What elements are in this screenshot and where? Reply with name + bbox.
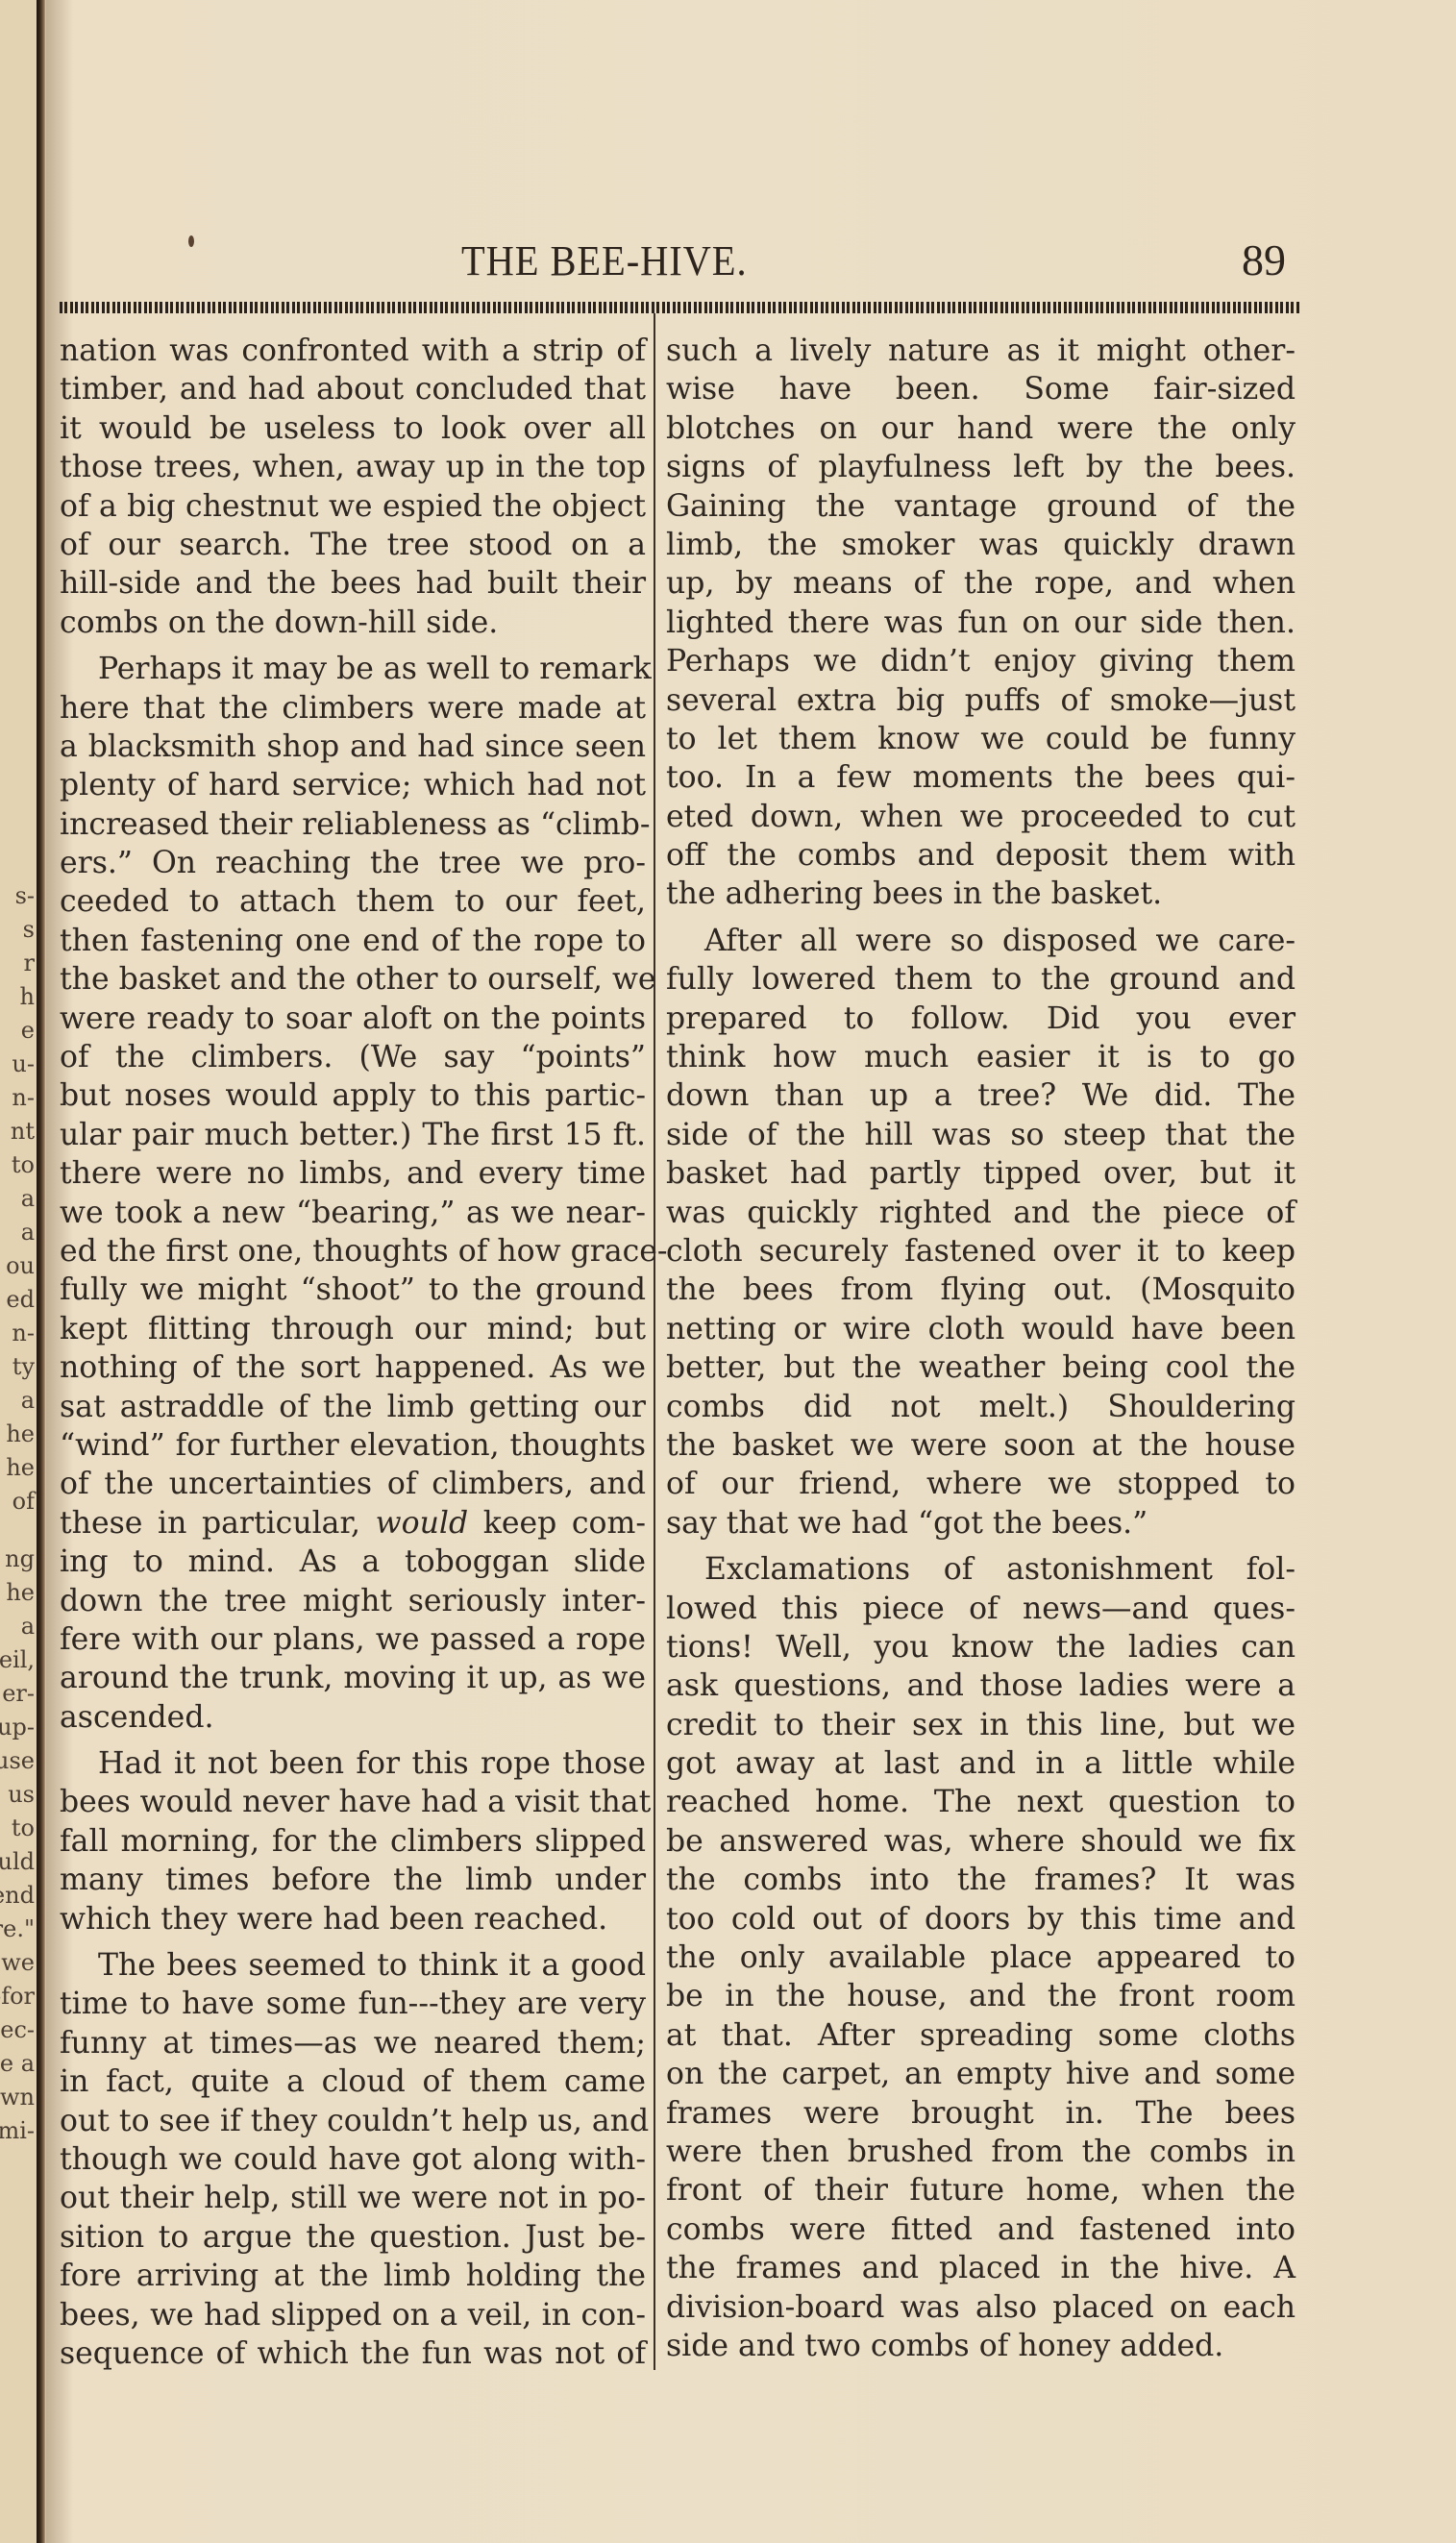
text-line: to let them know we could be funny xyxy=(666,720,1296,758)
text-line: eted down, when we proceeded to cut xyxy=(666,798,1296,836)
facing-page-fragment: use xyxy=(0,1749,35,1772)
text-line: After all were so disposed we care- xyxy=(666,922,1296,960)
text-line: be in the house, and the front room xyxy=(666,1977,1296,2015)
text-line: front of their future home, when the xyxy=(666,2171,1296,2210)
text-line: of our friend, where we stopped to xyxy=(666,1465,1296,1503)
paragraph: Had it not been for this rope thosebees … xyxy=(60,1744,646,1938)
text-line: prepared to follow. Did you ever xyxy=(666,1000,1296,1038)
text-line: nation was confronted with a strip of xyxy=(60,332,646,370)
text-line: the basket and the other to ourself, we xyxy=(60,960,646,999)
text-line: the bees from flying out. (Mosquito xyxy=(666,1271,1296,1309)
text-line: funny at times—as we neared them; xyxy=(60,2024,646,2062)
facing-page-fragment: h xyxy=(20,985,35,1008)
text-line: off the combs and deposit them with xyxy=(666,836,1296,875)
text-line: around the trunk, moving it up, as we xyxy=(60,1659,646,1697)
text-line: ed the first one, thoughts of how grace- xyxy=(60,1232,646,1271)
text-line: we took a new “bearing,” as we near- xyxy=(60,1194,646,1232)
text-line: was quickly righted and the piece of xyxy=(666,1194,1296,1232)
text-line: say that we had “got the bees.” xyxy=(666,1504,1296,1543)
text-line: too cold out of doors by this time and xyxy=(666,1900,1296,1938)
text-line: out their help, still we were not in po- xyxy=(60,2179,646,2217)
text-line: too. In a few moments the bees qui- xyxy=(666,758,1296,797)
book-gutter xyxy=(37,0,46,2543)
text-line: side of the hill was so steep that the xyxy=(666,1116,1296,1154)
facing-page-fragment: he xyxy=(6,1456,35,1479)
text-line: such a lively nature as it might other- xyxy=(666,332,1296,370)
facing-page-fragment: of xyxy=(12,1490,35,1513)
facing-page-fragment: n- xyxy=(12,1086,35,1109)
text-line: down than up a tree? We did. The xyxy=(666,1076,1296,1115)
page-number: 89 xyxy=(1242,235,1286,285)
text-line: the combs into the frames? It was xyxy=(666,1861,1296,1899)
facing-page-edge: s-srheu-n-nttoaaouedn-tyaheheofngheaeil,… xyxy=(0,0,38,2543)
text-line: netting or wire cloth would have been xyxy=(666,1310,1296,1348)
facing-page-fragment: u- xyxy=(12,1052,35,1075)
text-line: of our search. The tree stood on a xyxy=(60,526,646,564)
facing-page-fragment: he xyxy=(6,1422,35,1445)
text-line: the adhering bees in the basket. xyxy=(666,875,1296,913)
facing-page-fragment: n- xyxy=(12,1321,35,1345)
paragraph: The bees seemed to think it a goodtime t… xyxy=(60,1946,646,2373)
text-line: Exclamations of astonishment fol- xyxy=(666,1550,1296,1589)
text-line: “wind” for further elevation, thoughts xyxy=(60,1426,646,1465)
text-line: out to see if they couldn’t help us, and xyxy=(60,2102,646,2140)
text-line: these in particular, would keep com- xyxy=(60,1504,646,1543)
facing-page-fragment: own xyxy=(0,2086,35,2109)
facing-page-fragment: er- xyxy=(2,1682,35,1705)
text-line: bees would never have had a visit that xyxy=(60,1783,646,1821)
text-line: lowed this piece of news—and ques- xyxy=(666,1590,1296,1628)
facing-page-fragment: ou xyxy=(6,1254,35,1277)
text-line: fully we might “shoot” to the ground xyxy=(60,1271,646,1309)
paragraph: Exclamations of astonishment fol-lowed t… xyxy=(666,1550,1296,2365)
text-line: then fastening one end of the rope to xyxy=(60,922,646,960)
text-line: on the carpet, an empty hive and some xyxy=(666,2055,1296,2093)
paragraph-gap xyxy=(60,642,646,650)
text-line: a blacksmith shop and had since seen xyxy=(60,728,646,766)
text-line: tions! Well, you know the ladies can xyxy=(666,1628,1296,1667)
text-line: bees, we had slipped on a veil, in con- xyxy=(60,2296,646,2334)
text-line: increased their reliableness as “climb- xyxy=(60,805,646,844)
text-line: which they were had been reached. xyxy=(60,1900,646,1938)
text-line: combs did not melt.) Shouldering xyxy=(666,1388,1296,1426)
text-line: nothing of the sort happened. As we xyxy=(60,1348,646,1387)
facing-page-fragment: us xyxy=(8,1783,35,1806)
text-line: Had it not been for this rope those xyxy=(60,1744,646,1783)
text-line: blotches on our hand were the only xyxy=(666,409,1296,448)
paragraph-gap xyxy=(60,1938,646,1946)
text-line: the frames and placed in the hive. A xyxy=(666,2249,1296,2287)
text-line: think how much easier it is to go xyxy=(666,1038,1296,1076)
text-line: ceeded to attach them to our feet, xyxy=(60,882,646,921)
facing-page-fragment: eil, xyxy=(0,1648,35,1671)
text-line: frames were brought in. The bees xyxy=(666,2094,1296,2133)
text-line: the only available place appeared to xyxy=(666,1938,1296,1977)
facing-page-fragment: end xyxy=(0,1884,35,1907)
text-line: ing to mind. As a toboggan slide xyxy=(60,1543,646,1581)
text-line: of the uncertainties of climbers, and xyxy=(60,1465,646,1503)
text-line: kept flitting through our mind; but xyxy=(60,1310,646,1348)
text-line: were ready to soar aloft on the points xyxy=(60,1000,646,1038)
right-column: such a lively nature as it might other-w… xyxy=(666,332,1296,2365)
facing-page-fragment: a xyxy=(21,1187,35,1210)
facing-page-fragment: he xyxy=(6,1581,35,1604)
facing-page-fragment: re." xyxy=(0,1917,35,1940)
text-line: though we could have got along with- xyxy=(60,2140,646,2179)
facing-page-fragment: e xyxy=(21,1019,35,1042)
text-line: those trees, when, away up in the top xyxy=(60,448,646,486)
facing-page-fragment: to xyxy=(12,1153,35,1176)
paragraph: After all were so disposed we care-fully… xyxy=(666,922,1296,1543)
emphasis: would xyxy=(376,1506,468,1541)
text-line: better, but the weather being cool the xyxy=(666,1348,1296,1387)
text-line: it would be useless to look over all xyxy=(60,409,646,448)
facing-page-fragment: rmi- xyxy=(0,2119,35,2142)
paragraph: nation was confronted with a strip oftim… xyxy=(60,332,646,642)
text-line: Gaining the vantage ground of the xyxy=(666,487,1296,526)
text-line: in fact, quite a cloud of them came xyxy=(60,2062,646,2101)
text-line: be answered was, where should we fix xyxy=(666,1822,1296,1861)
column-divider xyxy=(654,313,655,2370)
text-line: The bees seemed to think it a good xyxy=(60,1946,646,1985)
book-page: s-srheu-n-nttoaaouedn-tyaheheofngheaeil,… xyxy=(0,0,1456,2543)
text-line: but noses would apply to this partic- xyxy=(60,1076,646,1115)
text-line: sequence of which the fun was not of xyxy=(60,2334,646,2373)
text-line: got away at last and in a little while xyxy=(666,1744,1296,1783)
facing-page-fragment: s xyxy=(23,918,35,941)
facing-page-fragment: a xyxy=(21,1221,35,1244)
facing-page-fragment: a xyxy=(21,1389,35,1412)
text-line: plenty of hard service; which had not xyxy=(60,766,646,804)
facing-page-fragment: uld xyxy=(0,1850,35,1873)
text-line: sat astraddle of the limb getting our xyxy=(60,1388,646,1426)
text-line: fall morning, for the climbers slipped xyxy=(60,1822,646,1861)
text-line: down the tree might seriously inter- xyxy=(60,1582,646,1620)
text-line: were then brushed from the combs in xyxy=(666,2133,1296,2171)
text-line: several extra big puffs of smoke—just xyxy=(666,681,1296,720)
text-line: fully lowered them to the ground and xyxy=(666,960,1296,999)
text-line: here that the climbers were made at xyxy=(60,689,646,728)
paragraph-gap xyxy=(666,914,1296,922)
text-line: ular pair much better.) The first 15 ft. xyxy=(60,1116,646,1154)
facing-page-fragment: to xyxy=(12,1816,35,1839)
facing-page-fragment: we xyxy=(1,1951,35,1974)
text-line: timber, and had about concluded that xyxy=(60,370,646,408)
facing-page-fragment: nt xyxy=(11,1120,35,1143)
text-line: time to have some fun---they are very xyxy=(60,1985,646,2023)
text-line: up, by means of the rope, and when xyxy=(666,564,1296,603)
text-line: sition to argue the question. Just be- xyxy=(60,2218,646,2257)
text-line: Perhaps it may be as well to remark xyxy=(60,650,646,688)
running-header: THE BEE-HIVE. 89 xyxy=(0,231,1456,288)
text-line: cloth securely fastened over it to keep xyxy=(666,1232,1296,1271)
text-line: there were no limbs, and every time xyxy=(60,1154,646,1193)
text-line: fore arriving at the limb holding the xyxy=(60,2257,646,2295)
facing-page-fragment: s- xyxy=(15,884,35,907)
facing-page-fragment: pec- xyxy=(0,2018,35,2041)
facing-page-fragment: r xyxy=(24,951,35,975)
decorative-rule xyxy=(60,302,1301,313)
text-line: combs on the down-hill side. xyxy=(60,604,646,642)
text-line: at that. After spreading some cloths xyxy=(666,2016,1296,2055)
text-line: basket had partly tipped over, but it xyxy=(666,1154,1296,1193)
paragraph: such a lively nature as it might other-w… xyxy=(666,332,1296,914)
text-line: of the climbers. (We say “points” xyxy=(60,1038,646,1076)
facing-page-fragment: e a xyxy=(0,2052,35,2075)
facing-page-fragment: ty xyxy=(12,1355,35,1378)
text-line: ers.” On reaching the tree we pro- xyxy=(60,844,646,882)
facing-page-fragment: ng xyxy=(5,1547,35,1570)
text-line: division-board was also placed on each xyxy=(666,2288,1296,2327)
paragraph-gap xyxy=(60,1737,646,1744)
text-line: the basket we were soon at the house xyxy=(666,1426,1296,1465)
text-line: wise have been. Some fair-sized xyxy=(666,370,1296,408)
text-line: ask questions, and those ladies were a xyxy=(666,1667,1296,1705)
text-line: hill-side and the bees had built their xyxy=(60,564,646,603)
facing-page-fragment: -for xyxy=(0,1985,35,2008)
text-line: credit to their sex in this line, but we xyxy=(666,1706,1296,1744)
text-line: reached home. The next question to xyxy=(666,1783,1296,1821)
text-line: lighted there was fun on our side then. xyxy=(666,604,1296,642)
text-line: ascended. xyxy=(60,1698,646,1737)
facing-page-fragment: ed xyxy=(6,1288,35,1311)
text-line: side and two combs of honey added. xyxy=(666,2327,1296,2365)
running-title: THE BEE-HIVE. xyxy=(461,236,851,285)
text-line: limb, the smoker was quickly drawn xyxy=(666,526,1296,564)
text-line: Perhaps we didn’t enjoy giving them xyxy=(666,642,1296,680)
text-line: of a big chestnut we espied the object xyxy=(60,487,646,526)
left-column: nation was confronted with a strip oftim… xyxy=(60,332,646,2373)
text-line: many times before the limb under xyxy=(60,1861,646,1899)
text-line: combs were fitted and fastened into xyxy=(666,2210,1296,2249)
text-line: fere with our plans, we passed a rope xyxy=(60,1620,646,1659)
paragraph-gap xyxy=(666,1543,1296,1550)
paragraph: Perhaps it may be as well to remarkhere … xyxy=(60,650,646,1737)
text-line: signs of playfulness left by the bees. xyxy=(666,448,1296,486)
facing-page-fragment: a xyxy=(21,1615,35,1638)
facing-page-fragment: up- xyxy=(0,1716,35,1739)
